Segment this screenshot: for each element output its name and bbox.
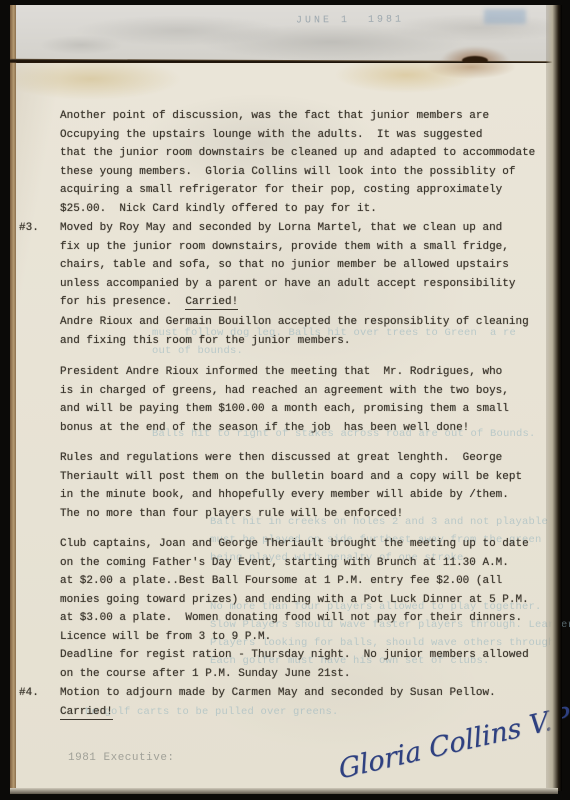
typed-line: these young members. Gloria Collins will… <box>60 166 515 179</box>
typed-line: and will be paying them $100.00 a month … <box>60 403 509 416</box>
typed-line: at $2.00 a plate..Best Ball Foursome at … <box>60 575 502 588</box>
scanned-minutes-document: JUNE 1 1981 must follow dog leg. Balls h… <box>0 0 570 800</box>
page-bottom-edge <box>10 788 558 794</box>
typed-line: Carried! <box>60 706 113 719</box>
typed-line: Licence will be from 3 to 9 P.M. <box>60 631 271 644</box>
typed-line: Deadline for regist ration - Thursday ni… <box>60 649 529 662</box>
typed-text: for his presence. <box>60 296 185 308</box>
typed-line: on the course after 1 P.M. Sunday June 2… <box>60 668 350 681</box>
typed-line: is in charged of greens, had reached an … <box>60 385 509 398</box>
typed-line: President Andre Rioux informed the meeti… <box>60 366 502 379</box>
typed-line: at $3.00 a plate. Women donating food wi… <box>60 612 522 625</box>
typed-line: Motion to adjourn made by Carmen May and… <box>60 687 496 700</box>
typed-line: that the junior room downstairs be clean… <box>60 147 535 160</box>
typed-line: in the minute book, and hhopefully every… <box>60 489 509 502</box>
page-right-edge <box>546 5 562 791</box>
typed-line: Andre Rioux and Germain Bouillon accepte… <box>60 316 529 329</box>
typed-line: on the coming Father's Day Event, starti… <box>60 557 509 570</box>
typed-line: unless accompanied by a parent or have a… <box>60 278 515 291</box>
typed-line: for his presence. Carried! <box>60 296 238 309</box>
typed-text-layer: Another point of discussion, was the fac… <box>0 0 570 800</box>
item-marker: #4. <box>19 687 39 700</box>
typed-line: Rules and regulations were then discusse… <box>60 452 502 465</box>
typed-line: chairs, table and sofa, so that no junio… <box>60 259 509 272</box>
typed-line: The no more than four players rule will … <box>60 508 403 521</box>
typed-line: and fixing this room for the junior memb… <box>60 335 350 348</box>
typed-line: Theriault will post them on the bulletin… <box>60 471 522 484</box>
underlined-text: Carried! <box>60 706 113 720</box>
typed-line: Occupying the upstairs lounge with the a… <box>60 129 482 142</box>
footer-note: 1981 Executive: <box>68 752 175 764</box>
typed-line: Moved by Roy May and seconded by Lorna M… <box>60 222 502 235</box>
underlined-text: Carried! <box>185 296 238 310</box>
typed-line: fix up the junior room downstairs, provi… <box>60 241 509 254</box>
typed-line: $25.00. Nick Card kindly offered to pay … <box>60 203 377 216</box>
typed-line: bonus at the end of the season if the jo… <box>60 422 469 435</box>
typed-line: acquiring a small refrigerator for their… <box>60 184 502 197</box>
typed-line: Another point of discussion, was the fac… <box>60 110 489 123</box>
typed-line: Club captains, Joan and George Theriault… <box>60 538 529 551</box>
item-marker: #3. <box>19 222 39 235</box>
typed-line: monies going toward prizes) and ending w… <box>60 594 529 607</box>
